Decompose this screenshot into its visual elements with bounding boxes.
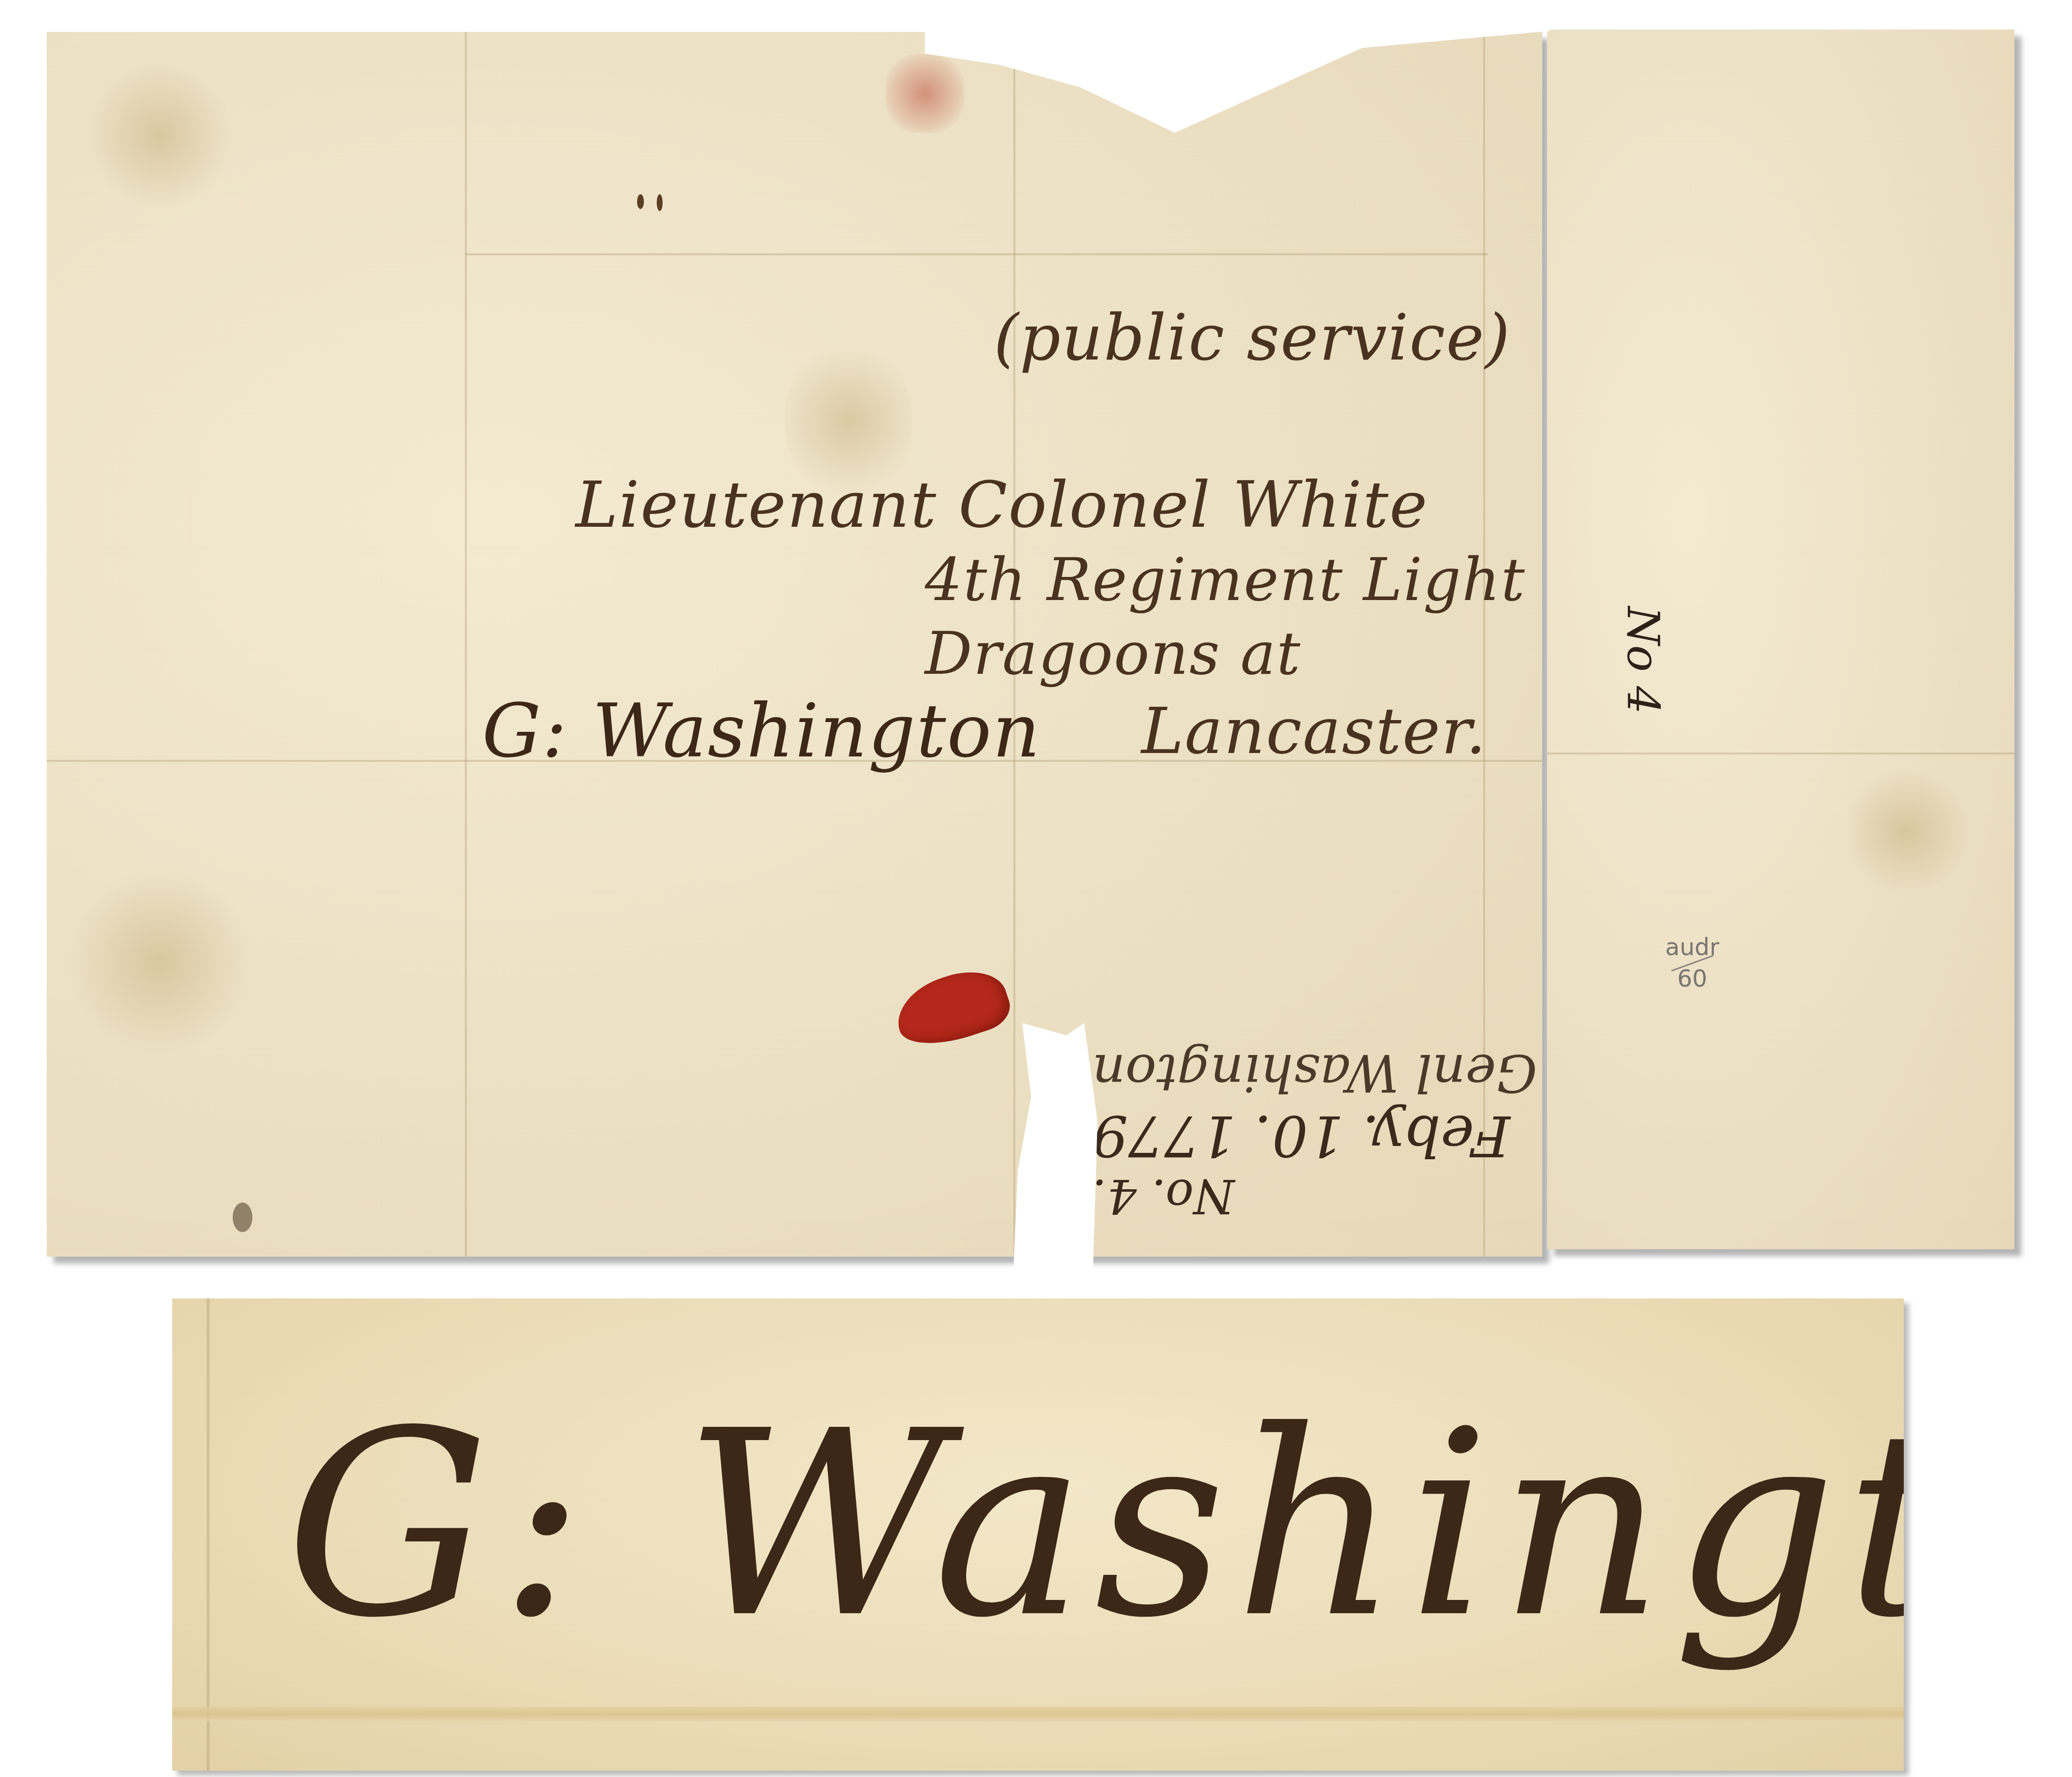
fold-line	[207, 1298, 210, 1771]
pencil-notation: audr 60	[1665, 934, 1719, 992]
age-stain	[1842, 767, 1970, 895]
signature-enlarged: G: Washington	[285, 1397, 1904, 1653]
fold-stain	[172, 1707, 1904, 1721]
fold-line	[465, 253, 1488, 255]
docket-inverted: No. 4. Feby. 10. 1779 Genl Washington	[1092, 1043, 1537, 1223]
docket-date: Feby. 10. 1779	[1092, 1103, 1537, 1169]
recipient-line-2: 4th Regiment Light	[925, 546, 1525, 614]
recipient-line-1: Lieutenant Colonel White	[576, 467, 1429, 542]
ink-spot	[233, 1203, 252, 1232]
recipient-line-4: Lancaster.	[1141, 693, 1487, 768]
docket-number: No. 4.	[1092, 1169, 1537, 1223]
right-panel-note: No 4	[1617, 606, 1669, 714]
paper-tear-bottom	[1013, 1023, 1102, 1269]
pencil-notation-bottom: 60	[1677, 965, 1707, 993]
ink-spot	[637, 194, 644, 209]
fold-line	[1547, 753, 2014, 754]
wax-residue	[885, 54, 964, 133]
franking-note: (public service)	[994, 300, 1511, 375]
docket-sender: Genl Washington	[1092, 1043, 1537, 1103]
age-stain	[86, 61, 234, 209]
ink-spot	[657, 194, 663, 211]
age-stain	[66, 868, 253, 1055]
recipient-line-3: Dragoons at	[925, 620, 1301, 688]
fold-line	[465, 32, 467, 1257]
signature-detail-inset: G: Washington	[172, 1298, 1904, 1771]
free-frank-signature: G: Washington	[482, 689, 1041, 774]
